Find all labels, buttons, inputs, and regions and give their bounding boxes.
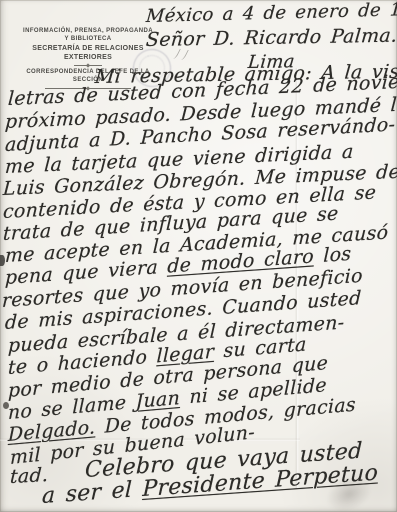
dateline: México a 4 de enero de 1918 [145, 0, 397, 26]
scanned-letter-page: Información, Prensa, Propaganda y Biblio… [0, 0, 397, 512]
handwriting-text: los [314, 243, 352, 268]
addressee: Señor D. Ricardo Palma. [145, 27, 397, 50]
pencil-mark [172, 48, 190, 66]
handwriting-text: a ser el [42, 477, 143, 509]
letterhead-department-line1: Información, Prensa, Propaganda [22, 27, 154, 35]
letterhead-department-line2: y Biblioteca [22, 35, 154, 43]
